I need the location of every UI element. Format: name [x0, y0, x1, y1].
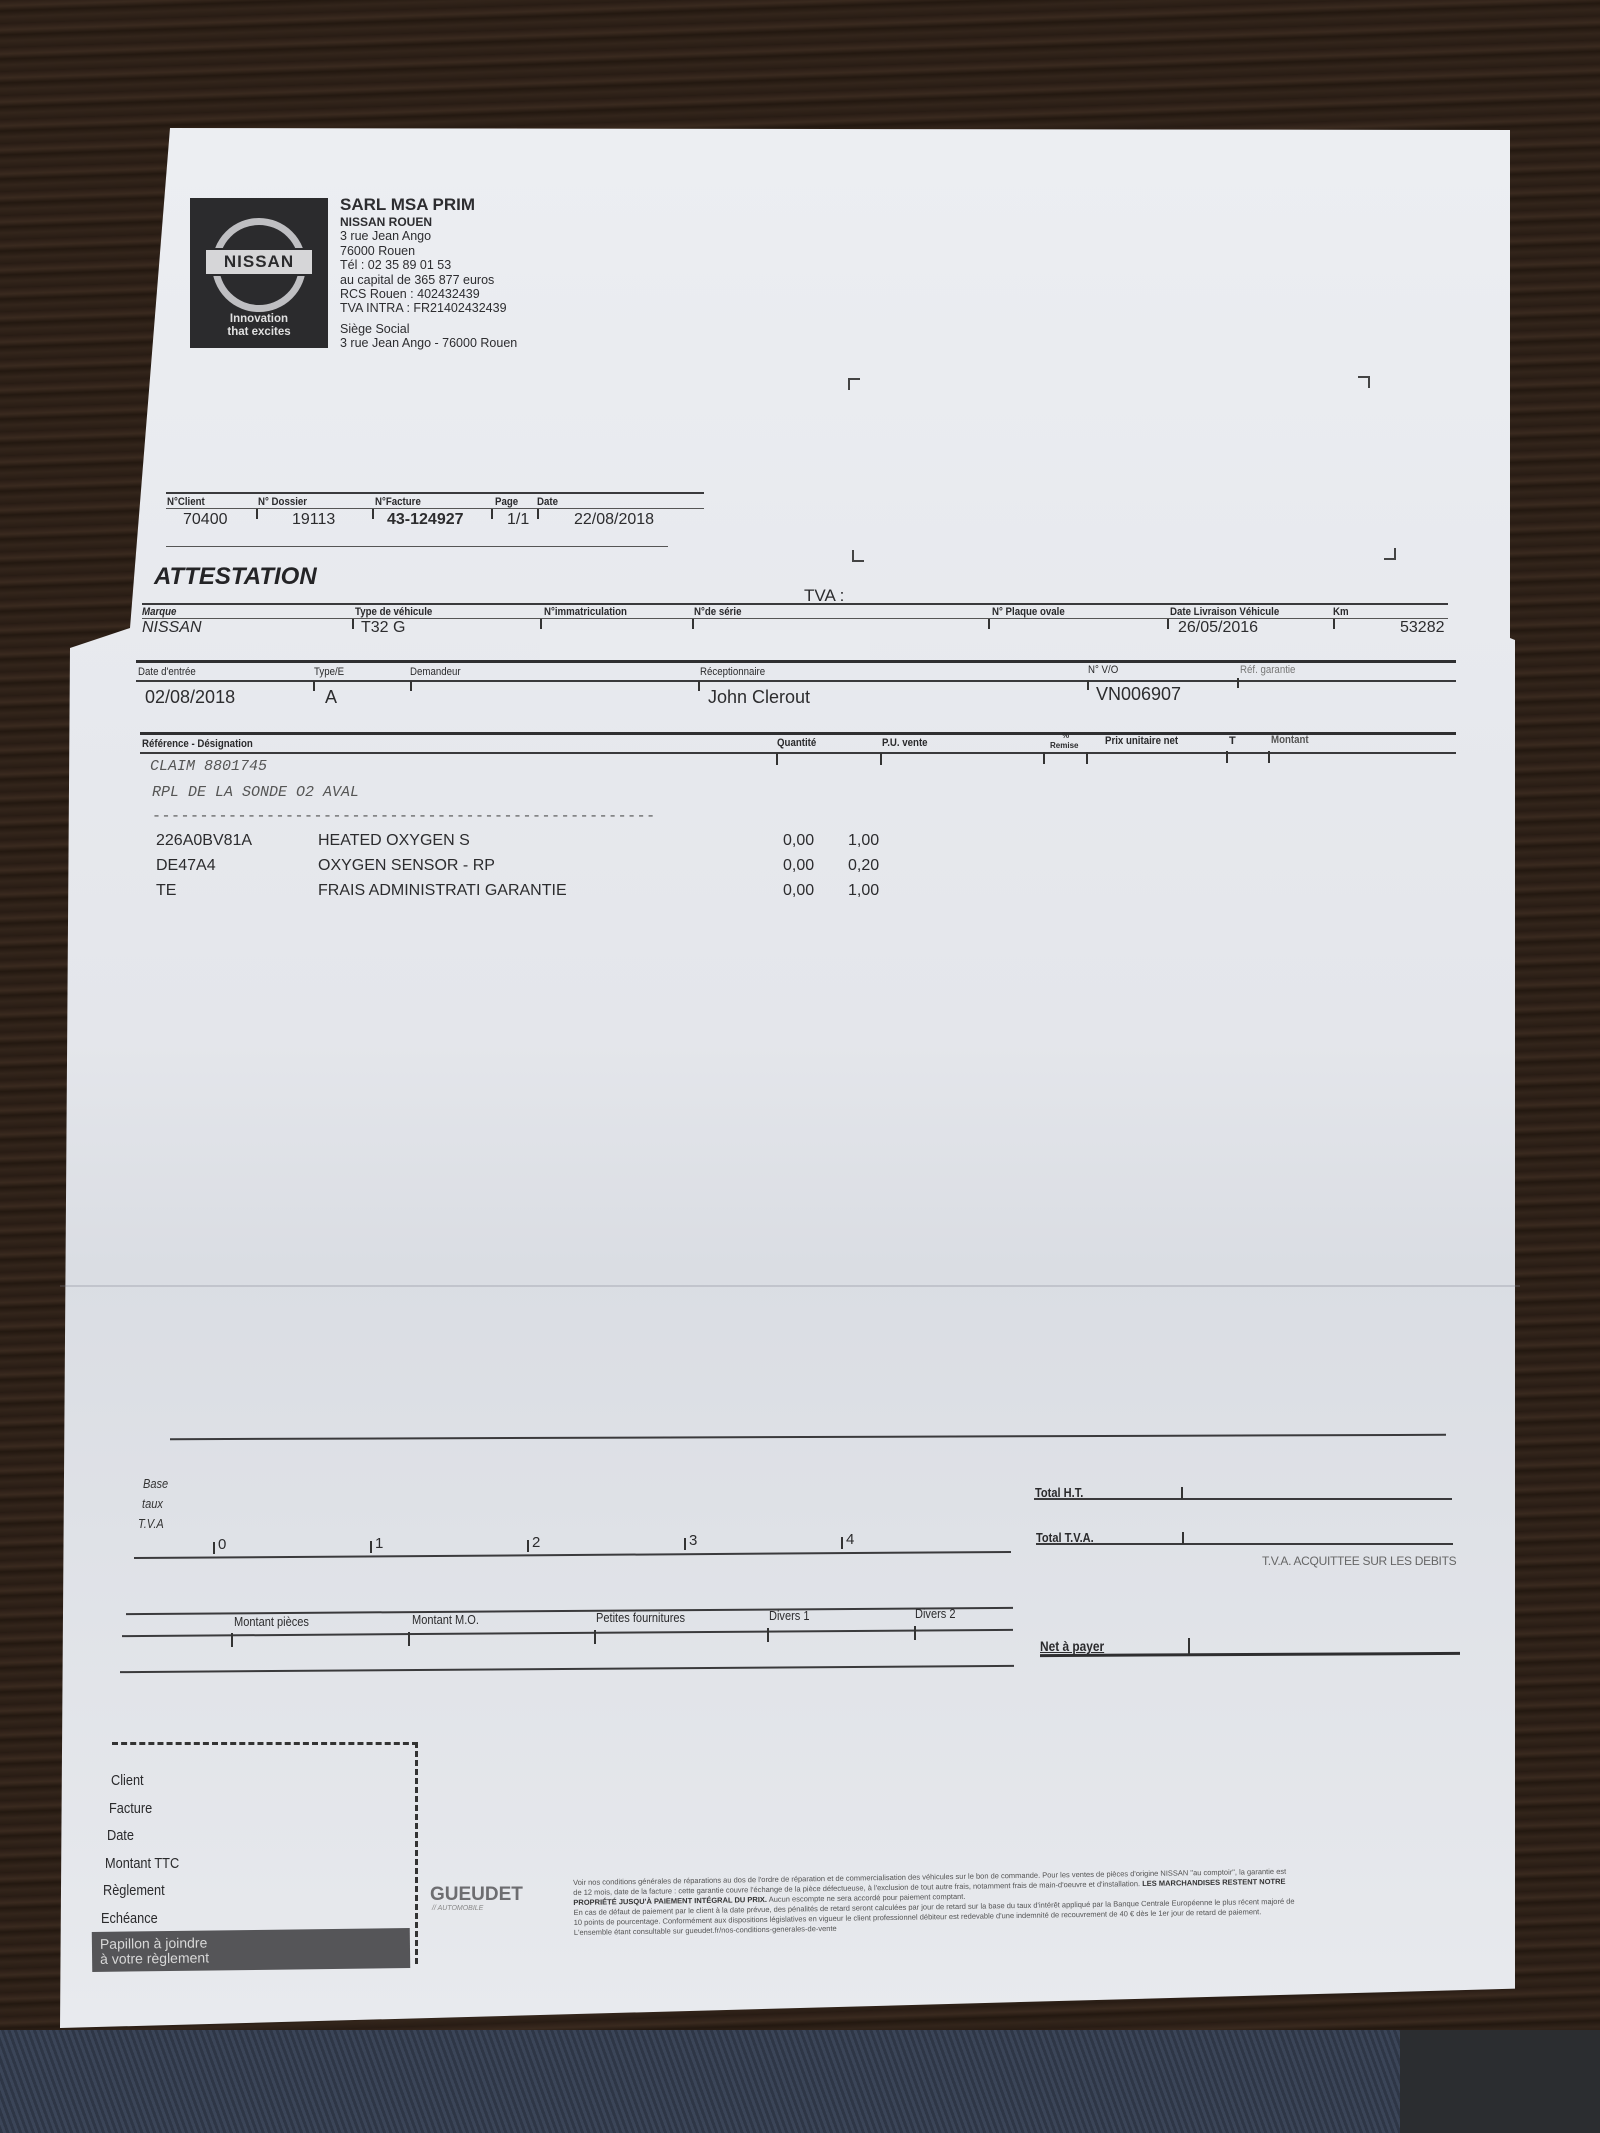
redacted-area	[540, 630, 870, 662]
stub-field-client: Client	[111, 1772, 144, 1789]
entry-rule-mid	[136, 680, 1456, 682]
col-tick	[1188, 1638, 1190, 1654]
client-number: 70400	[183, 511, 228, 529]
page-number: 1/1	[507, 511, 529, 529]
col-tick	[1087, 680, 1089, 690]
address-window-corner-br	[1384, 548, 1396, 560]
address-line-1: 3 rue Jean Ango	[340, 229, 517, 243]
label-plaque-ovale: N° Plaque ovale	[992, 606, 1065, 618]
rate-tick	[684, 1538, 686, 1550]
rate-tick	[370, 1541, 372, 1553]
stub-field-date: Date	[107, 1827, 134, 1844]
logo-tagline-1: Innovation	[190, 313, 328, 326]
background-jeans	[0, 2030, 1600, 2133]
label-marque: Marque	[142, 606, 176, 618]
rate-label-3: 3	[689, 1532, 697, 1549]
label-serie: N°de série	[694, 606, 741, 618]
document-title: ATTESTATION	[154, 563, 317, 591]
col-tick	[776, 753, 778, 765]
label-taux: taux	[142, 1496, 163, 1511]
nissan-logo-text: NISSAN	[204, 248, 314, 276]
label-net-a-payer: Net à payer	[1040, 1638, 1104, 1654]
col-tick	[1043, 752, 1045, 764]
header-remise-pct: %	[1062, 731, 1069, 740]
label-km: Km	[1333, 606, 1349, 618]
col-tick	[352, 619, 354, 629]
stub-field-r-glement: Règlement	[103, 1882, 165, 1899]
header-rule-bottom	[166, 546, 668, 547]
header-remise: Remise	[1050, 741, 1078, 750]
paper-fold-line	[60, 1285, 1520, 1287]
col-tick	[1333, 619, 1335, 629]
entry-rule-top	[136, 660, 1456, 663]
header-prix-unitaire-net: Prix unitaire net	[1105, 735, 1178, 747]
receptionist-name: John Clerout	[708, 687, 810, 708]
label-date-livraison: Date Livraison Véhicule	[1170, 606, 1279, 618]
header-rule-top	[166, 492, 704, 494]
row-designation: OXYGEN SENSOR - RP	[318, 857, 495, 875]
rate-tick	[527, 1540, 529, 1552]
gueudet-logo-sub: // AUTOMOBILE	[432, 1905, 483, 1912]
header-t: T	[1229, 735, 1236, 747]
label-type-e: Type/E	[314, 666, 344, 678]
col-tick	[1181, 1487, 1183, 1499]
vehicle-brand: NISSAN	[142, 619, 202, 637]
col-tick	[410, 681, 412, 691]
col-tick	[256, 509, 258, 519]
label-divers-1: Divers 1	[769, 1608, 810, 1623]
row-designation: HEATED OXYGEN S	[318, 832, 470, 850]
dossier-number: 19113	[292, 511, 335, 529]
header-ref-designation: Référence - Désignation	[142, 738, 253, 750]
dealer-name: NISSAN ROUEN	[340, 215, 517, 229]
logo-tagline-2: that excites	[190, 326, 328, 339]
row-quantity: 0,00	[783, 832, 814, 850]
label-montant-mo: Montant M.O.	[412, 1612, 479, 1627]
col-tick	[231, 1633, 233, 1647]
vehicle-type: T32 G	[361, 619, 405, 637]
label-demandeur: Demandeur	[410, 666, 461, 678]
label-ref-garantie: Réf. garantie	[1240, 664, 1295, 676]
stub-field-montant-ttc: Montant TTC	[105, 1855, 179, 1872]
company-info: SARL MSA PRIM NISSAN ROUEN 3 rue Jean An…	[340, 195, 517, 351]
label-petites-fournitures: Petites fournitures	[596, 1610, 685, 1625]
label-divers-2: Divers 2	[915, 1606, 956, 1621]
table-rule-top	[140, 732, 1456, 735]
col-tick	[1182, 1532, 1184, 1544]
label-tva: T.V.A	[138, 1516, 164, 1531]
col-tick	[1226, 751, 1228, 763]
rate-tick	[213, 1542, 215, 1554]
label-page: Page	[495, 496, 518, 508]
rate-label-4: 4	[846, 1531, 854, 1548]
row-unit-price: 1,00	[848, 882, 879, 900]
gueudet-logo: GUEUDET	[430, 1884, 523, 1906]
address-window-corner-tr	[1358, 376, 1370, 388]
label-client: N°Client	[167, 496, 205, 508]
label-date-entree: Date d'entrée	[138, 666, 196, 678]
col-tick	[698, 681, 700, 691]
col-tick	[880, 753, 882, 765]
col-tick	[540, 619, 542, 629]
row-quantity: 0,00	[783, 857, 814, 875]
address-window-corner-bl	[852, 550, 864, 562]
address-window-corner-tl	[848, 378, 860, 390]
col-tick	[767, 1628, 769, 1642]
table-rule-header	[140, 752, 1456, 754]
siege-address: 3 rue Jean Ango - 76000 Rouen	[340, 336, 517, 350]
rate-label-2: 2	[532, 1534, 540, 1551]
stub-band: Papillon à joindre à votre règlement	[92, 1928, 410, 1972]
address-line-2: 76000 Rouen	[340, 244, 517, 258]
vehicle-rule-top	[142, 603, 1448, 605]
claim-note: CLAIM 8801745	[150, 758, 267, 775]
stub-band-line-2: à votre règlement	[100, 1948, 402, 1967]
col-tick	[594, 1630, 596, 1644]
label-montant-pieces: Montant pièces	[234, 1614, 309, 1629]
row-unit-price: 1,00	[848, 832, 879, 850]
tva-note: T.V.A. ACQUITTEE SUR LES DEBITS	[1262, 1554, 1456, 1568]
rate-tick	[841, 1537, 843, 1549]
tva-intra: TVA INTRA : FR21402432439	[340, 301, 517, 315]
capital: au capital de 365 877 euros	[340, 273, 517, 287]
mileage: 53282	[1400, 619, 1445, 637]
rate-label-0: 0	[218, 1536, 226, 1553]
col-tick	[1086, 752, 1088, 764]
logo-tagline: Innovation that excites	[190, 313, 328, 339]
entry-date: 02/08/2018	[145, 687, 235, 708]
background-dark-edge	[1400, 2030, 1600, 2133]
label-immatriculation: N°immatriculation	[544, 606, 627, 618]
label-no-vo: N° V/O	[1088, 664, 1118, 676]
separator: ----------------------------------------…	[152, 808, 656, 825]
col-tick	[692, 619, 694, 629]
header-quantite: Quantité	[777, 737, 816, 749]
phone: Tél : 02 35 89 01 53	[340, 258, 517, 272]
label-receptionnaire: Réceptionnaire	[700, 666, 765, 678]
row-quantity: 0,00	[783, 882, 814, 900]
header-pu-vente: P.U. vente	[882, 737, 928, 749]
header-rule-mid	[166, 508, 704, 509]
header-montant: Montant	[1271, 734, 1309, 746]
invoice-date: 22/08/2018	[574, 511, 654, 529]
rcs: RCS Rouen : 402432439	[340, 287, 517, 301]
entry-type: A	[325, 687, 337, 708]
company-name: SARL MSA PRIM	[340, 195, 517, 215]
col-tick	[313, 681, 315, 691]
row-unit-price: 0,20	[848, 857, 879, 875]
stub-field-facture: Facture	[109, 1800, 152, 1817]
total-tva-line	[1036, 1543, 1453, 1545]
col-tick	[1268, 751, 1270, 763]
total-ht-line	[1034, 1498, 1452, 1500]
rate-label-1: 1	[375, 1535, 383, 1552]
col-tick	[408, 1632, 410, 1646]
invoice-number: 43-124927	[387, 511, 464, 529]
vo-number: VN006907	[1096, 684, 1181, 705]
col-tick	[1237, 678, 1239, 688]
col-tick	[1167, 619, 1169, 629]
nissan-logo: NISSAN Innovation that excites	[190, 198, 328, 348]
row-reference: 226A0BV81A	[156, 832, 252, 850]
stub-field-ech-ance: Echéance	[101, 1910, 158, 1927]
legal-line-2-bold: LES MARCHANDISES RESTENT NOTRE	[1142, 1877, 1285, 1888]
label-base: Base	[143, 1476, 168, 1491]
col-tick	[914, 1626, 916, 1640]
label-dossier: N° Dossier	[258, 496, 307, 508]
col-tick	[988, 619, 990, 629]
col-tick	[491, 509, 493, 519]
row-reference: TE	[156, 882, 176, 900]
col-tick	[537, 509, 539, 519]
siege-label: Siège Social	[340, 322, 517, 336]
row-reference: DE47A4	[156, 857, 216, 875]
repair-note: RPL DE LA SONDE O2 AVAL	[152, 784, 359, 801]
col-tick	[372, 509, 374, 519]
label-facture: N°Facture	[375, 496, 421, 508]
label-type-vehicule: Type de véhicule	[355, 606, 432, 618]
row-designation: FRAIS ADMINISTRATI GARANTIE	[318, 882, 567, 900]
label-date: Date	[537, 496, 558, 508]
delivery-date: 26/05/2016	[1178, 619, 1258, 637]
